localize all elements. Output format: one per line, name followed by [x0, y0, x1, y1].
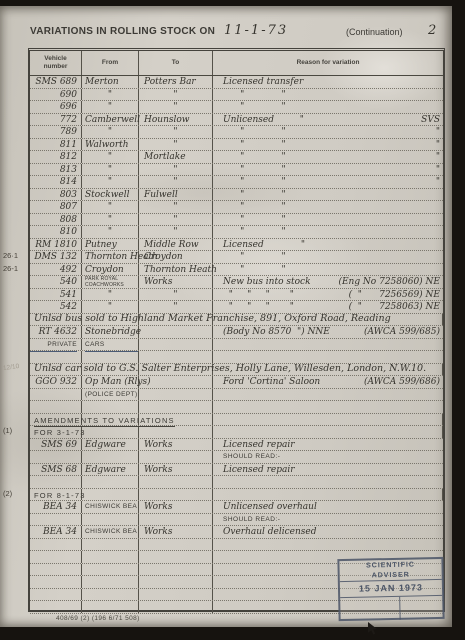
reason-annotation: "	[436, 176, 440, 188]
table-row	[30, 539, 443, 552]
vehicle-cell: SMS 689	[30, 76, 82, 88]
from-cell: Stonebridge	[82, 326, 139, 338]
table-row: 26·1DMS 132Thornton HeathCroydon " "	[30, 251, 443, 264]
reason-cell: Licensed "	[213, 239, 443, 251]
from-cell: "	[82, 89, 139, 101]
reason-annotation: "	[436, 164, 440, 176]
to-cell: "	[139, 139, 213, 151]
to-cell: "	[139, 89, 213, 101]
vehicle-cell: SMS 69	[30, 439, 82, 451]
to-cell: Middle Row	[139, 239, 213, 251]
from-cell	[82, 551, 139, 563]
received-date-stamp: SCIENTIFIC ADVISER 15 JAN 1973	[337, 557, 444, 621]
reason-cell: Licensed repair	[213, 439, 443, 451]
margin-note: (1)	[3, 426, 12, 435]
to-cell	[139, 326, 213, 338]
reason-cell: New bus into stock(Eng No 7258060) NE	[213, 276, 443, 288]
table-row: 772CamberwellHounslowUnlicensed "SVS	[30, 114, 443, 127]
reason-annotation: "	[436, 139, 440, 151]
from-cell	[82, 589, 139, 601]
table-row: (1)FOR 3-1-73	[30, 426, 443, 439]
vehicle-cell: 542	[30, 301, 82, 313]
table-row: 812"Mortlake " ""	[30, 151, 443, 164]
vehicle-cell: 492	[30, 264, 82, 276]
vehicle-cell	[30, 564, 82, 576]
to-cell: Potters Bar	[139, 76, 213, 88]
vehicle-cell: 813	[30, 164, 82, 176]
from-cell: Thornton Heath	[82, 251, 139, 263]
to-cell	[139, 426, 213, 438]
from-cell: Camberwell	[82, 114, 139, 126]
to-cell: Hounslow	[139, 114, 213, 126]
date-handwritten: 11-1-73	[224, 23, 288, 38]
reason-cell: Licensed transfer	[213, 76, 443, 88]
table-header-row: Vehicle number From To Reason for variat…	[30, 51, 443, 76]
reason-cell: (Body No 8570 ") NNE(AWCA 599/685)	[213, 326, 443, 338]
vehicle-cell: 541	[30, 289, 82, 301]
from-cell	[82, 514, 139, 526]
from-cell: "	[82, 176, 139, 188]
from-cell	[82, 351, 139, 363]
table-row: 808"" " "	[30, 214, 443, 227]
header-reason: Reason for variation	[213, 51, 443, 75]
to-cell: Works	[139, 276, 213, 288]
vehicle-cell: SMS 68	[30, 464, 82, 476]
table-row: AMENDMENTS TO VARIATIONS	[30, 414, 443, 427]
variations-table: Vehicle number From To Reason for variat…	[28, 48, 445, 612]
reason-annotation: "	[436, 151, 440, 163]
vehicle-cell: 814	[30, 176, 82, 188]
to-cell: Works	[139, 439, 213, 451]
table-row: (2)FOR 8-1-73	[30, 489, 443, 502]
from-cell	[82, 401, 139, 413]
reason-annotation: "	[436, 126, 440, 138]
from-cell: "	[82, 126, 139, 138]
to-cell: "	[139, 101, 213, 113]
reason-cell: " "	[213, 214, 443, 226]
reason-cell: " "	[213, 264, 443, 276]
reason-cell: Overhaul delicensed	[213, 526, 443, 538]
document-header: VARIATIONS IN ROLLING STOCK ON 11-1-73 (…	[30, 23, 445, 41]
to-cell	[139, 514, 213, 526]
to-cell	[139, 451, 213, 463]
from-cell: Edgware	[82, 464, 139, 476]
from-cell: "	[82, 301, 139, 313]
paper: VARIATIONS IN ROLLING STOCK ON 11-1-73 (…	[0, 6, 452, 627]
to-cell	[139, 564, 213, 576]
reason-cell: SHOULD READ:-	[213, 451, 443, 463]
reason-cell	[213, 389, 443, 401]
to-cell	[139, 376, 213, 388]
reason-annotation: SVS	[421, 114, 440, 126]
vehicle-cell: BEA 34	[30, 526, 82, 538]
vehicle-cell: GGO 932	[30, 376, 82, 388]
from-cell	[82, 576, 139, 588]
page-number: 2	[428, 23, 436, 38]
reason-cell: " "	[213, 201, 443, 213]
from-cell: Edgware	[82, 439, 139, 451]
table-row: 813"" " ""	[30, 164, 443, 177]
vehicle-cell: 810	[30, 226, 82, 238]
vehicle-cell: 803	[30, 189, 82, 201]
from-cell: PARK ROYAL COACHWORKS	[82, 276, 139, 288]
from-cell	[82, 451, 139, 463]
vehicle-cell	[30, 476, 82, 488]
to-cell	[139, 601, 213, 613]
from-cell: "	[82, 101, 139, 113]
mouse-cursor-mark	[367, 622, 378, 635]
from-cell: "	[82, 289, 139, 301]
table-row: 12/10Unlsd car sold to G.S. Salter Enter…	[30, 364, 443, 377]
vehicle-cell: PRIVATE	[30, 339, 82, 351]
from-cell: Merton	[82, 76, 139, 88]
vehicle-cell: 807	[30, 201, 82, 213]
stamp-cell-left	[340, 597, 401, 621]
margin-note: 26-1	[3, 264, 18, 273]
to-cell: "	[139, 164, 213, 176]
table-row: 690"" " "	[30, 89, 443, 102]
table-row: SMS 689MertonPotters BarLicensed transfe…	[30, 76, 443, 89]
to-cell: "	[139, 176, 213, 188]
to-cell	[139, 489, 213, 501]
to-cell: "	[139, 226, 213, 238]
table-row: PRIVATECARS	[30, 339, 443, 352]
vehicle-cell	[30, 601, 82, 613]
to-cell: "	[139, 126, 213, 138]
to-cell	[139, 476, 213, 488]
table-row: SHOULD READ:-	[30, 514, 443, 527]
vehicle-cell	[30, 351, 82, 363]
continuation-label: (Continuation)	[346, 27, 403, 37]
to-cell: Mortlake	[139, 151, 213, 163]
table-row: (POLICE DEPT)	[30, 389, 443, 402]
table-row	[30, 476, 443, 489]
table-row: 807"" " "	[30, 201, 443, 214]
reason-annotation: ( " 7256569) NE	[349, 289, 440, 301]
table-row: RT 4632Stonebridge(Body No 8570 ") NNE(A…	[30, 326, 443, 339]
stamp-title: SCIENTIFIC ADVISER	[339, 559, 441, 582]
vehicle-cell	[30, 589, 82, 601]
from-cell: "	[82, 201, 139, 213]
to-cell	[139, 339, 213, 351]
from-cell	[82, 489, 139, 501]
from-cell	[82, 539, 139, 551]
from-cell: "	[82, 151, 139, 163]
reason-cell: " "	[213, 89, 443, 101]
table-row: 789"" " ""	[30, 126, 443, 139]
vehicle-cell: 811	[30, 139, 82, 151]
reason-cell	[213, 426, 443, 438]
reason-cell: " ""	[213, 126, 443, 138]
to-cell	[139, 389, 213, 401]
reason-cell: Unlicensed overhaul	[213, 501, 443, 513]
to-cell: Works	[139, 464, 213, 476]
vehicle-cell	[30, 401, 82, 413]
vehicle-cell: 690	[30, 89, 82, 101]
reason-cell	[213, 401, 443, 413]
reason-cell: " " " "( " 7256569) NE	[213, 289, 443, 301]
stamp-cell-right	[400, 596, 442, 620]
from-cell: Op Man (Rlys)	[82, 376, 139, 388]
reason-cell: SHOULD READ:-	[213, 514, 443, 526]
table-row: BEA 34CHISWICK BEAWorksOverhaul delicens…	[30, 526, 443, 539]
table-row: 541"" " " " "( " 7256569) NE	[30, 289, 443, 302]
reason-annotation: (AWCA 599/686)	[364, 376, 440, 388]
vehicle-cell: RM 1810	[30, 239, 82, 251]
reason-cell: " ""	[213, 151, 443, 163]
to-cell	[139, 551, 213, 563]
table-row: SMS 68EdgwareWorksLicensed repair	[30, 464, 443, 477]
to-cell: "	[139, 201, 213, 213]
to-cell	[139, 351, 213, 363]
reason-cell	[213, 489, 443, 501]
scanned-page: VARIATIONS IN ROLLING STOCK ON 11-1-73 (…	[0, 0, 465, 640]
reason-cell: " ""	[213, 164, 443, 176]
from-cell: (POLICE DEPT)	[82, 389, 139, 401]
reason-cell: " "	[213, 101, 443, 113]
reason-cell	[213, 476, 443, 488]
vehicle-cell	[30, 539, 82, 551]
vehicle-cell: 789	[30, 126, 82, 138]
table-row: 814"" " ""	[30, 176, 443, 189]
table-row: SHOULD READ:-	[30, 451, 443, 464]
table-row: 803StockwellFulwell " "	[30, 189, 443, 202]
table-row: 811Walworth" " ""	[30, 139, 443, 152]
from-cell: Putney	[82, 239, 139, 251]
to-cell: Fulwell	[139, 189, 213, 201]
from-cell: CHISWICK BEA	[82, 501, 139, 513]
from-cell: "	[82, 226, 139, 238]
from-cell	[82, 601, 139, 613]
from-cell: Walworth	[82, 139, 139, 151]
to-cell	[139, 576, 213, 588]
header-from: From	[82, 51, 139, 75]
reason-annotation: ( " 7258063) NE	[349, 301, 440, 313]
vehicle-cell: 540	[30, 276, 82, 288]
to-cell: Croydon	[139, 251, 213, 263]
to-cell: "	[139, 301, 213, 313]
to-cell	[139, 539, 213, 551]
vehicle-cell: RT 4632	[30, 326, 82, 338]
reason-cell: Unlicensed "SVS	[213, 114, 443, 126]
header-vehicle-number: Vehicle number	[30, 51, 82, 75]
from-cell: "	[82, 164, 139, 176]
reason-cell: " " " "( " 7258063) NE	[213, 301, 443, 313]
reason-cell	[213, 539, 443, 551]
vehicle-cell	[30, 389, 82, 401]
table-row: 26-1492CroydonThornton Heath " "	[30, 264, 443, 277]
vehicle-cell: 812	[30, 151, 82, 163]
to-cell: Works	[139, 501, 213, 513]
table-row: 540PARK ROYAL COACHWORKSWorksNew bus int…	[30, 276, 443, 289]
table-row: SMS 69EdgwareWorksLicensed repair	[30, 439, 443, 452]
table-row: 696"" " "	[30, 101, 443, 114]
to-cell: "	[139, 289, 213, 301]
margin-note: 26·1	[3, 251, 18, 260]
vehicle-cell: 772	[30, 114, 82, 126]
vehicle-cell: BEA 34	[30, 501, 82, 513]
stamp-empty-cells	[340, 596, 442, 621]
table-row: Unlsd bus sold to Highland Market Franch…	[30, 314, 443, 327]
from-cell	[82, 564, 139, 576]
from-cell: Stockwell	[82, 189, 139, 201]
table-row: 810"" " "	[30, 226, 443, 239]
to-cell	[139, 401, 213, 413]
from-cell: CARS	[82, 339, 139, 351]
reason-cell: Ford 'Cortina' Saloon(AWCA 599/686)	[213, 376, 443, 388]
reason-cell: " "	[213, 226, 443, 238]
header-to: To	[139, 51, 213, 75]
from-cell	[82, 426, 139, 438]
to-cell	[139, 589, 213, 601]
to-cell: Works	[139, 526, 213, 538]
page-title: VARIATIONS IN ROLLING STOCK ON	[30, 26, 215, 37]
table-row: GGO 932Op Man (Rlys)Ford 'Cortina' Saloo…	[30, 376, 443, 389]
reason-cell	[213, 339, 443, 351]
vehicle-cell: 696	[30, 101, 82, 113]
reason-cell: " "	[213, 251, 443, 263]
table-rows: SMS 689MertonPotters BarLicensed transfe…	[30, 76, 443, 614]
reason-cell	[213, 351, 443, 363]
reason-cell: " ""	[213, 176, 443, 188]
vehicle-cell	[30, 576, 82, 588]
reason-cell: Licensed repair	[213, 464, 443, 476]
form-reference-number: 408/69 (2) (196 6/71 508)	[56, 615, 140, 622]
vehicle-cell	[30, 451, 82, 463]
table-row: BEA 34CHISWICK BEAWorksUnlicensed overha…	[30, 501, 443, 514]
to-cell: "	[139, 214, 213, 226]
reason-cell: " "	[213, 189, 443, 201]
margin-note: (2)	[3, 489, 12, 498]
from-cell: "	[82, 214, 139, 226]
from-cell: Croydon	[82, 264, 139, 276]
vehicle-cell	[30, 551, 82, 563]
reason-cell: " ""	[213, 139, 443, 151]
from-cell: CHISWICK BEA	[82, 526, 139, 538]
margin-note: 12/10	[3, 362, 20, 371]
table-row	[30, 401, 443, 414]
from-cell	[82, 476, 139, 488]
reason-annotation: (AWCA 599/685)	[364, 326, 440, 338]
vehicle-cell: 808	[30, 214, 82, 226]
reason-annotation: (Eng No 7258060) NE	[338, 276, 440, 288]
vehicle-cell: DMS 132	[30, 251, 82, 263]
table-row: RM 1810PutneyMiddle RowLicensed "	[30, 239, 443, 252]
vehicle-cell	[30, 514, 82, 526]
to-cell: Thornton Heath	[139, 264, 213, 276]
reason-cell	[213, 414, 443, 426]
